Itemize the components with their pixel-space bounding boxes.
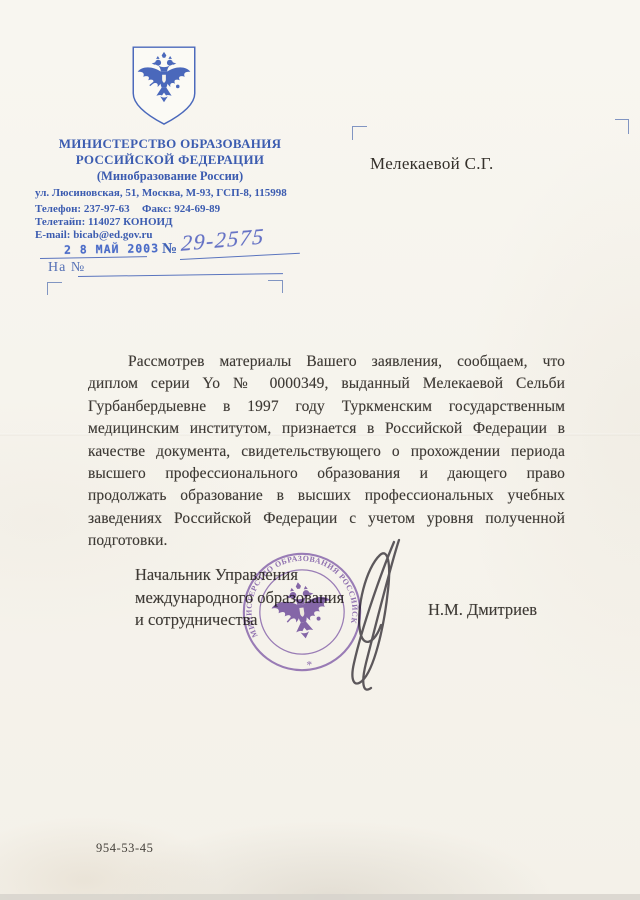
- number-sign: №: [162, 241, 177, 258]
- footer-reference-number: 954-53-45: [96, 841, 153, 856]
- ministry-name-line2: РОССИЙСКОЙ ФЕДЕРАЦИИ: [20, 152, 320, 168]
- body-line: заведениях Российской Федерации с учетом…: [88, 508, 565, 530]
- ministry-name-line1: МИНИСТЕРСТВО ОБРАЗОВАНИЯ: [20, 136, 320, 152]
- stamp-bottom-mark: *: [306, 658, 314, 672]
- recipient-name: Мелекаевой С.Г.: [370, 154, 494, 174]
- stamp-eagle-icon: [268, 578, 335, 642]
- ministry-short-name: (Минобразование России): [20, 169, 320, 184]
- body-line: диплом серии Yo № 0000349, выданный Меле…: [88, 373, 565, 395]
- paper-crease: [0, 433, 640, 436]
- letterhead-phone: Телефон: 237-97-63: [35, 203, 130, 215]
- body-line: высшего профессионального образования и …: [88, 463, 565, 485]
- corner-mark-icon: [615, 119, 629, 134]
- letter-body: Рассмотрев материалы Вашего заявления, с…: [88, 351, 565, 553]
- body-line: Гурбанбердыевне в 1997 году Туркменским …: [88, 396, 565, 418]
- reference-underline: [78, 273, 283, 277]
- letterhead-teletype: Телетайп: 114027 КОНОИД: [35, 216, 173, 228]
- scanned-letter-page: МИНИСТЕРСТВО ОБРАЗОВАНИЯ РОССИЙСКОЙ ФЕДЕ…: [0, 0, 640, 900]
- corner-mark-icon: [47, 282, 62, 295]
- handwritten-signature: [333, 528, 448, 708]
- corner-mark-icon: [352, 126, 367, 140]
- date-underline: [40, 256, 147, 259]
- date-stamp: 2 8 МАЙ 2003: [64, 241, 159, 257]
- letterhead-address: ул. Люсиновская, 51, Москва, М-93, ГСП-8…: [35, 187, 287, 199]
- letterhead-fax: Факс: 924-69-89: [142, 203, 220, 215]
- reference-label: На №: [48, 260, 85, 276]
- body-line: продолжать образование в высших професси…: [88, 485, 565, 507]
- coat-of-arms-icon: [127, 45, 201, 127]
- handwritten-outgoing-number: 29-2575: [180, 223, 265, 257]
- corner-mark-icon: [268, 280, 283, 293]
- letterhead-email: E-mail: bicab@ed.gov.ru: [35, 229, 153, 241]
- body-line: Рассмотрев материалы Вашего заявления, с…: [88, 351, 565, 373]
- scan-edge: [0, 894, 640, 900]
- body-line: качестве документа, свидетельствующего о…: [88, 441, 565, 463]
- body-line: медицинским институтом, признается в Рос…: [88, 418, 565, 440]
